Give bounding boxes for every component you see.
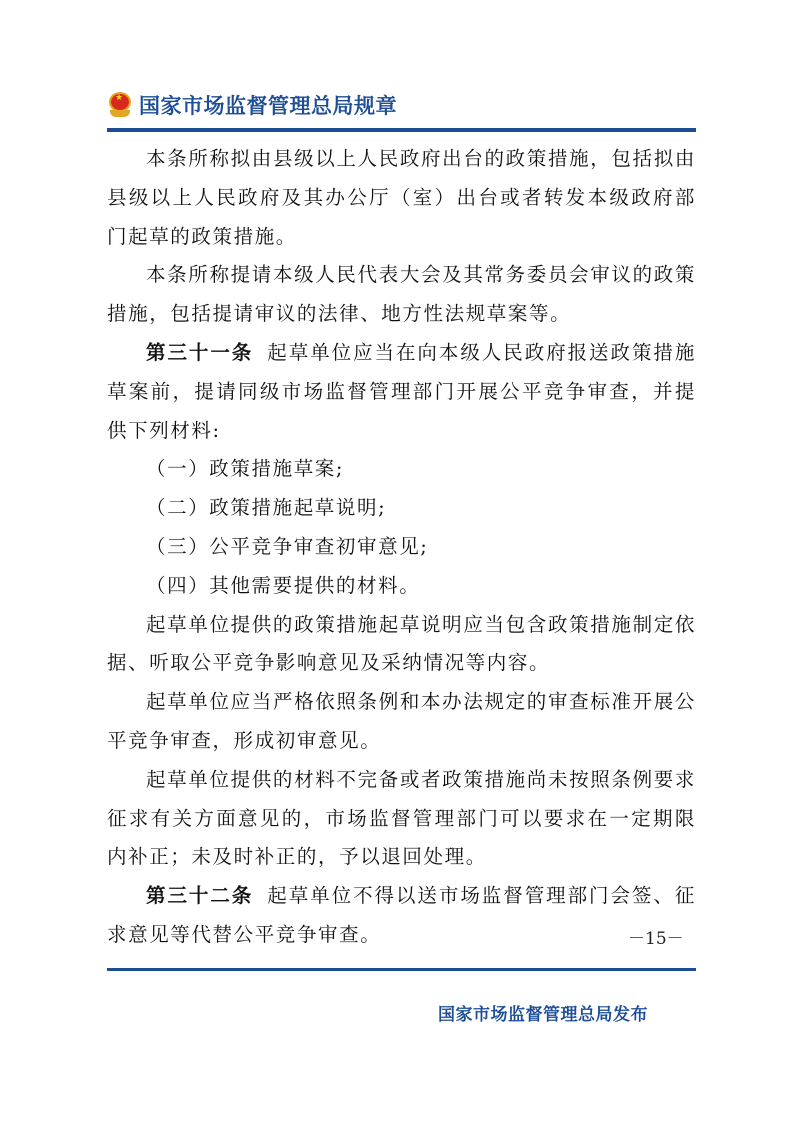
header-divider: [107, 128, 696, 132]
document-body: 本条所称拟由县级以上人民政府出台的政策措施，包括拟由县级以上人民政府及其办公厅（…: [107, 140, 696, 955]
national-emblem-icon: ★: [107, 91, 133, 119]
article-heading: 第三十一条: [146, 341, 253, 364]
paragraph-text: 本条所称提请本级人民代表大会及其常务委员会审议的政策措施，包括提请审议的法律、地…: [107, 263, 696, 325]
list-item: （三）公平竞争审查初审意见;: [107, 528, 696, 567]
paragraph: 本条所称拟由县级以上人民政府出台的政策措施，包括拟由县级以上人民政府及其办公厅（…: [107, 140, 696, 256]
paragraph: 本条所称提请本级人民代表大会及其常务委员会审议的政策措施，包括提请审议的法律、地…: [107, 256, 696, 334]
paragraph-text: 起草单位提供的材料不完备或者政策措施尚未按照条例要求征求有关方面意见的，市场监督…: [107, 768, 696, 869]
page-number: －15－: [628, 924, 684, 949]
paragraph: 起草单位提供的政策措施起草说明应当包含政策措施制定依据、听取公平竞争影响意见及采…: [107, 606, 696, 684]
article-31: 第三十一条起草单位应当在向本级人民政府报送政策措施草案前，提请同级市场监督管理部…: [107, 334, 696, 450]
list-item-text: （一）政策措施草案;: [146, 457, 344, 480]
list-item-text: （二）政策措施起草说明;: [146, 496, 386, 519]
header-title: 国家市场监督管理总局规章: [139, 90, 397, 120]
document-header: ★ 国家市场监督管理总局规章: [107, 88, 397, 122]
footer-publisher: 国家市场监督管理总局发布: [438, 1000, 648, 1025]
paragraph: 起草单位提供的材料不完备或者政策措施尚未按照条例要求征求有关方面意见的，市场监督…: [107, 761, 696, 877]
footer-divider: [107, 968, 696, 971]
list-item: （一）政策措施草案;: [107, 450, 696, 489]
paragraph-text: 起草单位应当严格依照条例和本办法规定的审查标准开展公平竞争审查，形成初审意见。: [107, 690, 696, 752]
list-item-text: （四）其他需要提供的材料。: [146, 574, 420, 597]
paragraph-text: 本条所称拟由县级以上人民政府出台的政策措施，包括拟由县级以上人民政府及其办公厅（…: [107, 147, 696, 248]
article-32: 第三十二条起草单位不得以送市场监督管理部门会签、征求意见等代替公平竞争审查。: [107, 877, 696, 955]
paragraph: 起草单位应当严格依照条例和本办法规定的审查标准开展公平竞争审查，形成初审意见。: [107, 683, 696, 761]
paragraph-text: 起草单位提供的政策措施起草说明应当包含政策措施制定依据、听取公平竞争影响意见及采…: [107, 613, 696, 675]
list-item: （二）政策措施起草说明;: [107, 489, 696, 528]
list-item-text: （三）公平竞争审查初审意见;: [146, 535, 428, 558]
list-item: （四）其他需要提供的材料。: [107, 567, 696, 606]
article-heading: 第三十二条: [146, 884, 253, 907]
